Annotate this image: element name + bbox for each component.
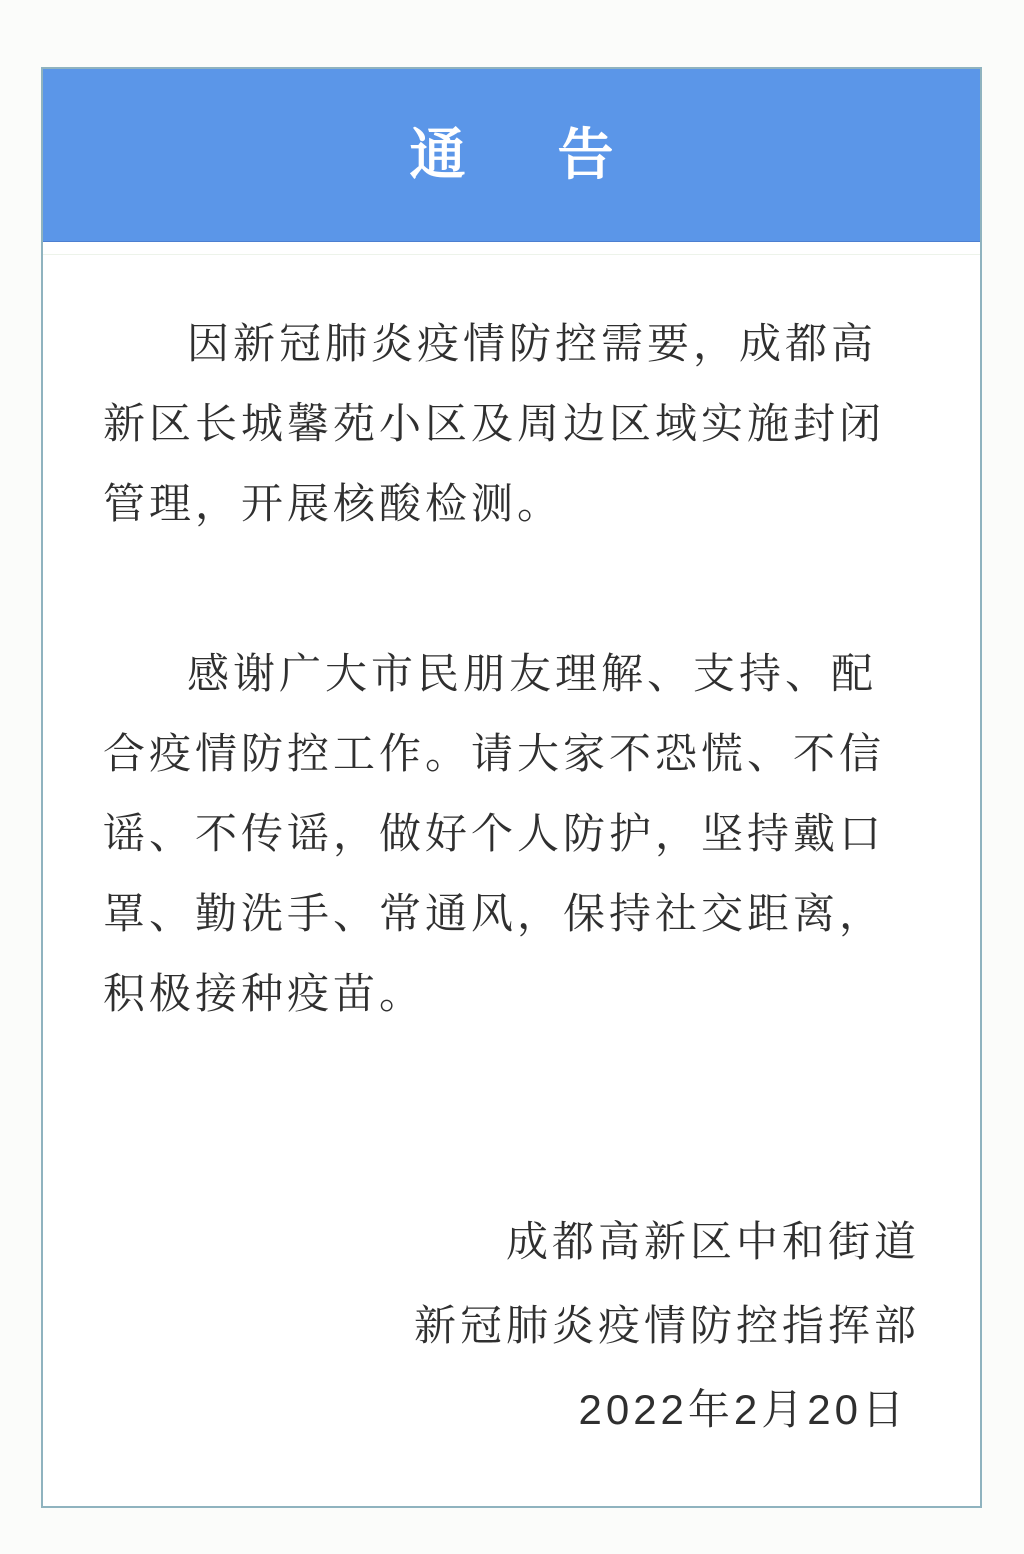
- paragraph-thanks: 感谢广大市民朋友理解、支持、配 合疫情防控工作。请大家不恐慌、不信 谣、不传谣，…: [103, 634, 920, 1034]
- signature-org-line: 成都高新区中和街道: [103, 1200, 920, 1284]
- header-separator: [43, 254, 980, 255]
- notice-line: 谣、不传谣，做好个人防护，坚持戴口: [103, 794, 920, 874]
- paragraph-closure: 因新冠肺炎疫情防控需要，成都高 新区长城馨苑小区及周边区域实施封闭 管理，开展核…: [103, 304, 920, 544]
- notice-title-char-left: 通: [410, 127, 466, 183]
- notice-line: 罩、勤洗手、常通风，保持社交距离，: [103, 874, 920, 954]
- notice-line: 合疫情防控工作。请大家不恐慌、不信: [103, 714, 920, 794]
- signature-block: 成都高新区中和街道 新冠肺炎疫情防控指挥部 2022年2月20日: [103, 1200, 920, 1452]
- notice-card: 通 告 因新冠肺炎疫情防控需要，成都高 新区长城馨苑小区及周边区域实施封闭 管理…: [41, 67, 982, 1508]
- notice-header: 通 告: [43, 69, 980, 242]
- signature-org-line: 新冠肺炎疫情防控指挥部: [103, 1284, 920, 1368]
- notice-line: 感谢广大市民朋友理解、支持、配: [103, 634, 920, 714]
- notice-line: 新区长城馨苑小区及周边区域实施封闭: [103, 384, 920, 464]
- notice-line: 积极接种疫苗。: [103, 954, 920, 1034]
- notice-body: 因新冠肺炎疫情防控需要，成都高 新区长城馨苑小区及周边区域实施封闭 管理，开展核…: [103, 304, 920, 1452]
- notice-title-char-right: 告: [558, 127, 614, 183]
- signature-date: 2022年2月20日: [103, 1368, 920, 1452]
- notice-line: 因新冠肺炎疫情防控需要，成都高: [103, 304, 920, 384]
- page: { "notice": { "header": { "title_chars":…: [0, 0, 1024, 1554]
- notice-line: 管理，开展核酸检测。: [103, 464, 920, 544]
